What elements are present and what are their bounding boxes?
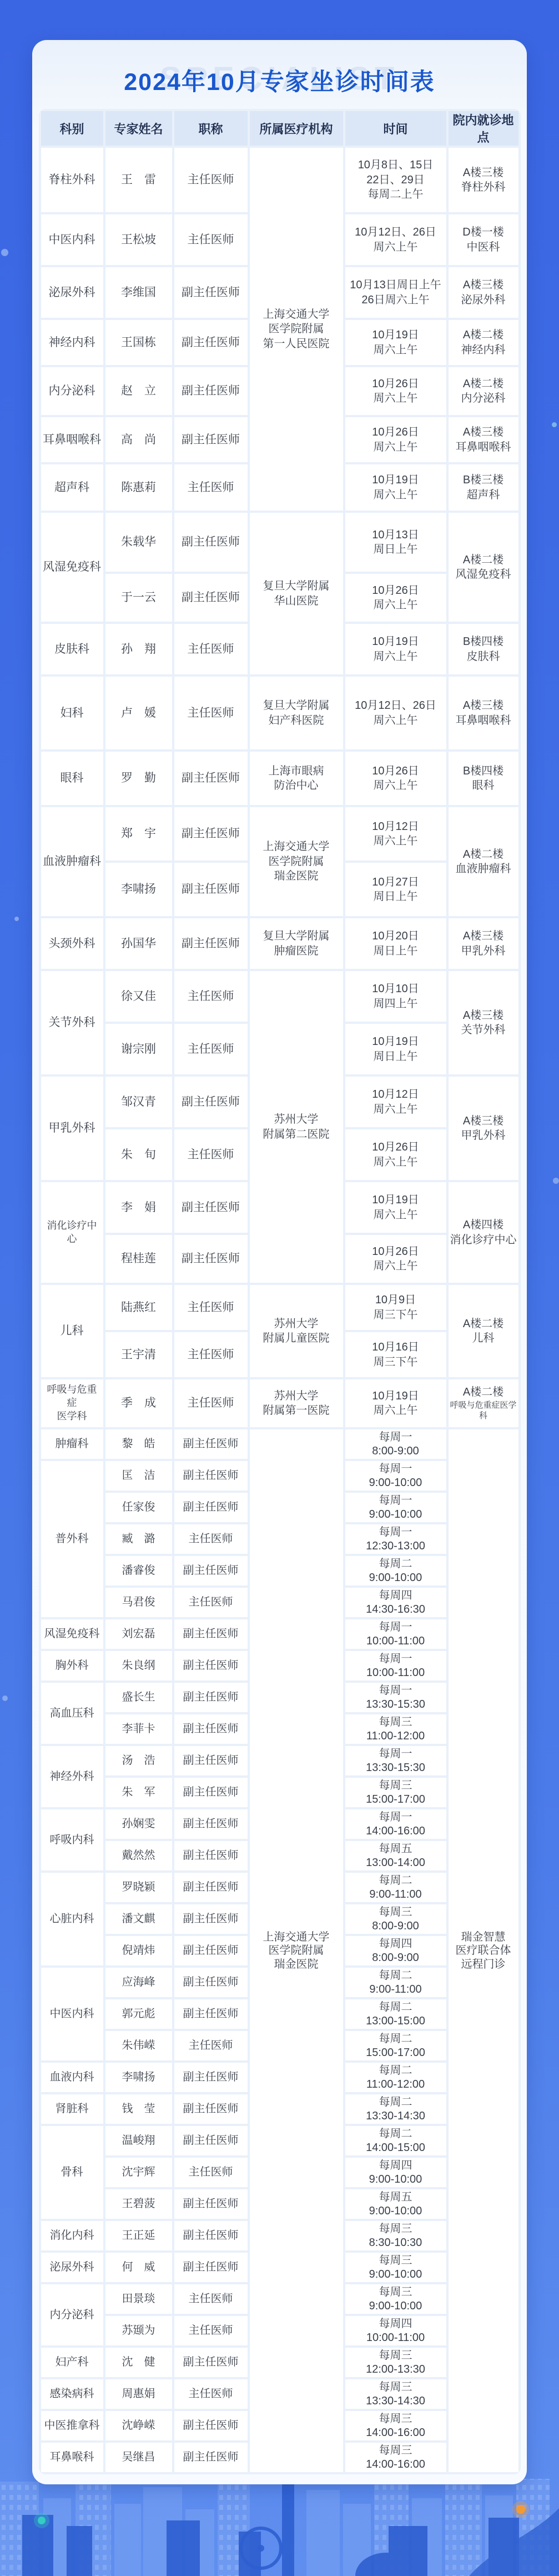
cell-time: 10月20日 周日上午 (345, 918, 446, 969)
cell-dept: 妇产科 (41, 2348, 103, 2377)
cell-dept: 甲乳外科 (41, 1077, 103, 1180)
cell-name: 黎 皓 (105, 1429, 172, 1459)
cell-title: 副主任医师 (174, 1936, 248, 1965)
cell-time: 10月16日 周三下午 (345, 1332, 446, 1377)
cell-time: 10月19日 周六上午 (345, 464, 446, 511)
cell-loc: A楼三楼 泌尿外科 (449, 267, 518, 318)
cell-title: 副主任医师 (174, 1714, 248, 1744)
cell-name: 刘宏磊 (105, 1619, 172, 1649)
cell-name: 李菲卡 (105, 1714, 172, 1744)
cell-name: 苏颋为 (105, 2316, 172, 2345)
cell-name: 沈宇辉 (105, 2158, 172, 2187)
cell-loc: A楼二楼 儿科 (449, 1285, 518, 1377)
cell-loc: A楼二楼 内分泌科 (449, 367, 518, 415)
cell-dept: 泌尿外科 (41, 2253, 103, 2282)
header-name: 专家姓名 (105, 111, 172, 146)
cell-loc: B楼四楼 眼科 (449, 752, 518, 805)
cell-inst: 苏州大学 附属儿童医院 (250, 1285, 343, 1377)
cell-time: 10月12日 周六上午 (345, 807, 446, 861)
cell-name: 王宇清 (105, 1332, 172, 1377)
cell-name: 马君俊 (105, 1588, 172, 1617)
cell-title: 副主任医师 (174, 1999, 248, 2029)
cell-dept: 肿瘤科 (41, 1429, 103, 1459)
cell-time: 每周三 9:00-10:00 (345, 2284, 446, 2314)
cell-title: 主任医师 (174, 464, 248, 511)
cell-name: 邹汉青 (105, 1077, 172, 1127)
cell-time: 每周一 14:00-16:00 (345, 1809, 446, 1839)
cell-line: A楼二楼 (450, 1385, 517, 1399)
cell-title: 副主任医师 (174, 513, 248, 572)
cell-name: 朱 军 (105, 1778, 172, 1807)
cell-time: 每周三 8:00-9:00 (345, 1904, 446, 1934)
cell-dept: 中医内科 (41, 1968, 103, 2060)
cell-time: 10月13日 周日上午 (345, 513, 446, 572)
cell-title: 副主任医师 (174, 2348, 248, 2377)
cell-name: 卢 媛 (105, 677, 172, 749)
cell-inst: 复旦大学附属 妇产科医院 (250, 677, 343, 749)
cell-title: 副主任医师 (174, 1493, 248, 1522)
cell-title: 副主任医师 (174, 2411, 248, 2440)
cell-name: 李啸扬 (105, 863, 172, 916)
cell-name: 陆燕红 (105, 1285, 172, 1330)
cell-time: 每周二 13:00-15:00 (345, 1999, 446, 2029)
cell-dept: 超声科 (41, 464, 103, 511)
cell-name: 罗 勤 (105, 752, 172, 805)
cell-time: 每周二 9:00-11:00 (345, 1873, 446, 1902)
cell-time: 每周一 13:30-15:30 (345, 1746, 446, 1775)
bg-dot (552, 422, 557, 427)
cell-name: 季 成 (105, 1379, 172, 1427)
cell-name: 陈惠莉 (105, 464, 172, 511)
cell-time: 每周三 11:00-12:00 (345, 1714, 446, 1744)
cell-name: 高 尚 (105, 417, 172, 462)
cell-time: 每周三 14:00-16:00 (345, 2443, 446, 2472)
cell-loc: A楼二楼 神经内科 (449, 320, 518, 365)
cell-title: 副主任医师 (174, 574, 248, 622)
cell-time: 每周一 9:00-10:00 (345, 1461, 446, 1490)
cell-title: 主任医师 (174, 2284, 248, 2314)
cell-title: 副主任医师 (174, 1904, 248, 1934)
cell-dept: 脊柱外科 (41, 148, 103, 212)
cell-name: 朱载华 (105, 513, 172, 572)
cell-name: 孙 翔 (105, 624, 172, 674)
cell-title: 副主任医师 (174, 267, 248, 318)
cell-loc: A楼三楼 耳鼻咽喉科 (449, 417, 518, 462)
cell-loc: A楼三楼 甲乳外科 (449, 918, 518, 969)
table-row: 头颈外科孙国华副主任医师复旦大学附属 肿瘤医院10月20日 周日上午A楼三楼 甲… (41, 918, 518, 969)
cell-time: 10月12日、26日 周六上午 (345, 214, 446, 265)
cell-inst: 复旦大学附属 华山医院 (250, 513, 343, 674)
cell-time: 每周一 8:00-9:00 (345, 1429, 446, 1459)
cell-inst: 上海交通大学 医学院附属 瑞金医院 (250, 1429, 343, 2472)
cell-title: 副主任医师 (174, 2126, 248, 2155)
cell-dept: 胸外科 (41, 1651, 103, 1680)
table-row: 肿瘤科黎 皓副主任医师上海交通大学 医学院附属 瑞金医院每周一 8:00-9:0… (41, 1429, 518, 1459)
schedule-card: SPECIALIST 2024年10月专家坐诊时间表 科别 专家姓名 职称 所属… (32, 40, 527, 2484)
cell-dept: 神经外科 (41, 1746, 103, 1807)
cell-time: 每周三 12:00-13:30 (345, 2348, 446, 2377)
cell-name: 赵 立 (105, 367, 172, 415)
cell-time: 10月19日 周六上午 (345, 1379, 446, 1427)
cell-inst: 上海交通大学 医学院附属 第一人民医院 (250, 148, 343, 511)
cell-time: 每周二 15:00-17:00 (345, 2031, 446, 2060)
cell-dept: 消化内科 (41, 2221, 103, 2250)
cell-dept: 风湿免疫科 (41, 513, 103, 622)
cell-time: 10月19日 周六上午 (345, 624, 446, 674)
table-row: 血液肿瘤科郑 宇副主任医师上海交通大学 医学院附属 瑞金医院10月12日 周六上… (41, 807, 518, 861)
cell-name: 王 雷 (105, 148, 172, 212)
cell-name: 盛长生 (105, 1683, 172, 1712)
cell-title: 主任医师 (174, 2158, 248, 2187)
cell-title: 副主任医师 (174, 2443, 248, 2472)
header-time: 时间 (345, 111, 446, 146)
cell-time: 每周四 14:30-16:30 (345, 1588, 446, 1617)
cell-dept: 消化诊疗中心 (41, 1182, 103, 1283)
cell-time: 每周五 9:00-10:00 (345, 2189, 446, 2219)
cell-title: 副主任医师 (174, 2221, 248, 2250)
cell-name: 王国栋 (105, 320, 172, 365)
table-row: 眼科罗 勤副主任医师上海市眼病 防治中心10月26日 周六上午B楼四楼 眼科 (41, 752, 518, 805)
cell-time: 每周三 13:30-14:30 (345, 2379, 446, 2409)
cell-time: 每周一 10:00-11:00 (345, 1651, 446, 1680)
cell-time: 每周四 9:00-10:00 (345, 2158, 446, 2187)
cell-name: 匡 洁 (105, 1461, 172, 1490)
cell-name: 何 威 (105, 2253, 172, 2282)
cell-name: 沈峥嵘 (105, 2411, 172, 2440)
cell-inst: 苏州大学 附属第二医院 (250, 971, 343, 1283)
cell-dept: 血液肿瘤科 (41, 807, 103, 916)
cell-name: 田景琰 (105, 2284, 172, 2314)
cell-name: 朱伟嵘 (105, 2031, 172, 2060)
cell-title: 主任医师 (174, 1024, 248, 1074)
cell-dept: 耳鼻喉科 (41, 2443, 103, 2472)
bg-dot (1, 249, 8, 256)
cell-time: 每周四 10:00-11:00 (345, 2316, 446, 2345)
cell-time: 每周五 13:00-14:00 (345, 1841, 446, 1870)
cell-time: 每周二 9:00-11:00 (345, 1968, 446, 1997)
cell-dept: 内分泌科 (41, 2284, 103, 2345)
cell-time: 每周三 9:00-10:00 (345, 2253, 446, 2282)
cell-title: 副主任医师 (174, 918, 248, 969)
cell-name: 程桂莲 (105, 1235, 172, 1283)
cell-title: 主任医师 (174, 1588, 248, 1617)
cell-dept: 普外科 (41, 1461, 103, 1617)
cell-name: 朱 旬 (105, 1129, 172, 1180)
cell-line: 呼吸与危重症医学科 (450, 1400, 517, 1422)
bg-dot (14, 917, 19, 921)
cell-name: 周惠娟 (105, 2379, 172, 2409)
cell-time: 10月26日 周六上午 (345, 752, 446, 805)
cell-loc: A楼二楼呼吸与危重症医学科 (449, 1379, 518, 1427)
cell-loc: B楼四楼 皮肤科 (449, 624, 518, 674)
cell-title: 副主任医师 (174, 1556, 248, 1585)
cell-dept: 中医推拿科 (41, 2411, 103, 2440)
cell-dept: 高血压科 (41, 1683, 103, 1744)
title-zone: SPECIALIST 2024年10月专家坐诊时间表 (32, 40, 527, 109)
cell-title: 副主任医师 (174, 2063, 248, 2092)
cell-name: 吴继昌 (105, 2443, 172, 2472)
cell-title: 副主任医师 (174, 1235, 248, 1283)
cell-title: 主任医师 (174, 624, 248, 674)
cell-name: 郑 宇 (105, 807, 172, 861)
cell-title: 副主任医师 (174, 367, 248, 415)
cell-name: 潘睿俊 (105, 1556, 172, 1585)
cell-time: 每周一 12:30-13:00 (345, 1524, 446, 1554)
cell-time: 每周二 11:00-12:00 (345, 2063, 446, 2092)
cell-dept: 肾脏科 (41, 2094, 103, 2124)
cell-title: 副主任医师 (174, 863, 248, 916)
cell-title: 副主任医师 (174, 1683, 248, 1712)
cell-title: 副主任医师 (174, 2253, 248, 2282)
cell-inst: 上海市眼病 防治中心 (250, 752, 343, 805)
cell-time: 10月8日、15日 22日、29日 每周二上午 (345, 148, 446, 212)
cell-time: 每周二 9:00-10:00 (345, 1556, 446, 1585)
header-dept: 科别 (41, 111, 103, 146)
schedule-table-body: 脊柱外科王 雷主任医师上海交通大学 医学院附属 第一人民医院10月8日、15日 … (41, 148, 518, 2472)
cell-time: 10月19日 周六上午 (345, 1182, 446, 1233)
cell-dept: 泌尿外科 (41, 267, 103, 318)
cell-dept: 妇科 (41, 677, 103, 749)
cell-title: 主任医师 (174, 148, 248, 212)
cell-title: 副主任医师 (174, 1429, 248, 1459)
schedule-table: 科别 专家姓名 职称 所属医疗机构 时间 院内就诊地点 脊柱外科王 雷主任医师上… (39, 109, 521, 2474)
cell-dept: 儿科 (41, 1285, 103, 1377)
cell-name: 孙娴雯 (105, 1809, 172, 1839)
cell-inst: 复旦大学附属 肿瘤医院 (250, 918, 343, 969)
cell-loc: A楼三楼 耳鼻咽喉科 (449, 677, 518, 749)
cell-name: 王碧菠 (105, 2189, 172, 2219)
cell-loc: A楼三楼 甲乳外科 (449, 1077, 518, 1180)
cell-time: 10月26日 周六上午 (345, 574, 446, 622)
table-row: 关节外科徐又佳主任医师苏州大学 附属第二医院10月10日 周四上午A楼三楼 关节… (41, 971, 518, 1022)
cell-time: 10月13日周日上午 26日周六上午 (345, 267, 446, 318)
cell-dept: 头颈外科 (41, 918, 103, 969)
cell-time: 每周二 13:30-14:30 (345, 2094, 446, 2124)
cell-title: 副主任医师 (174, 1841, 248, 1870)
cell-time: 10月19日 周六上午 (345, 320, 446, 365)
table-row: 风湿免疫科朱载华副主任医师复旦大学附属 华山医院10月13日 周日上午A楼二楼 … (41, 513, 518, 572)
cell-name: 李 娟 (105, 1182, 172, 1233)
cell-title: 主任医师 (174, 1524, 248, 1554)
cell-name: 钱 莹 (105, 2094, 172, 2124)
cell-loc: 瑞金智慧 医疗联合体 远程门诊 (449, 1429, 518, 2472)
cell-time: 10月10日 周四上午 (345, 971, 446, 1022)
bg-dot (553, 1178, 559, 1184)
cell-inst: 苏州大学 附属第一医院 (250, 1379, 343, 1427)
cell-name: 沈 健 (105, 2348, 172, 2377)
cell-dept: 关节外科 (41, 971, 103, 1074)
table-row: 脊柱外科王 雷主任医师上海交通大学 医学院附属 第一人民医院10月8日、15日 … (41, 148, 518, 212)
cell-loc: A楼三楼 脊柱外科 (449, 148, 518, 212)
cell-time: 每周三 8:30-10:30 (345, 2221, 446, 2250)
bg-dot (2, 1695, 8, 1701)
cell-title: 主任医师 (174, 1129, 248, 1180)
header-institution: 所属医疗机构 (250, 111, 343, 146)
cell-name: 王正延 (105, 2221, 172, 2250)
cell-name: 温峻翔 (105, 2126, 172, 2155)
cell-name: 倪靖炜 (105, 1936, 172, 1965)
cell-time: 每周二 14:00-15:00 (345, 2126, 446, 2155)
cell-name: 应海峰 (105, 1968, 172, 1997)
cell-name: 谢宗刚 (105, 1024, 172, 1074)
cell-title: 副主任医师 (174, 2094, 248, 2124)
cell-name: 戴然然 (105, 1841, 172, 1870)
table-row: 呼吸与危重症 医学科季 成主任医师苏州大学 附属第一医院10月19日 周六上午A… (41, 1379, 518, 1427)
cell-name: 臧 潞 (105, 1524, 172, 1554)
cell-title: 副主任医师 (174, 417, 248, 462)
cell-title: 主任医师 (174, 1285, 248, 1330)
cell-time: 10月12日 周六上午 (345, 1077, 446, 1127)
cell-title: 主任医师 (174, 214, 248, 265)
cell-time: 每周三 14:00-16:00 (345, 2411, 446, 2440)
table-row: 妇科卢 媛主任医师复旦大学附属 妇产科医院10月12日、26日 周六上午A楼三楼… (41, 677, 518, 749)
cell-loc: D楼一楼 中医科 (449, 214, 518, 265)
cell-dept: 中医内科 (41, 214, 103, 265)
cell-name: 孙国华 (105, 918, 172, 969)
cell-time: 10月27日 周日上午 (345, 863, 446, 916)
cell-name: 王松坡 (105, 214, 172, 265)
cell-dept: 内分泌科 (41, 367, 103, 415)
header-location: 院内就诊地点 (449, 111, 518, 146)
cell-title: 副主任医师 (174, 1182, 248, 1233)
cell-title: 主任医师 (174, 971, 248, 1022)
cell-time: 每周一 9:00-10:00 (345, 1493, 446, 1522)
cell-time: 10月26日 周六上午 (345, 367, 446, 415)
cell-name: 李啸扬 (105, 2063, 172, 2092)
cell-time: 每周一 13:30-15:30 (345, 1683, 446, 1712)
cell-time: 10月9日 周三下午 (345, 1285, 446, 1330)
cell-name: 李维国 (105, 267, 172, 318)
cell-name: 汤 浩 (105, 1746, 172, 1775)
cell-title: 副主任医师 (174, 1968, 248, 1997)
table-row: 儿科陆燕红主任医师苏州大学 附属儿童医院10月9日 周三下午A楼二楼 儿科 (41, 1285, 518, 1330)
page-title: 2024年10月专家坐诊时间表 (32, 40, 527, 97)
cell-time: 10月26日 周六上午 (345, 1235, 446, 1283)
cell-title: 主任医师 (174, 2316, 248, 2345)
cell-inst: 上海交通大学 医学院附属 瑞金医院 (250, 807, 343, 916)
cell-title: 主任医师 (174, 1379, 248, 1427)
cell-title: 副主任医师 (174, 807, 248, 861)
cell-loc: B楼三楼 超声科 (449, 464, 518, 511)
cell-time: 10月26日 周六上午 (345, 417, 446, 462)
cell-dept: 神经内科 (41, 320, 103, 365)
cell-name: 潘文麒 (105, 1904, 172, 1934)
cell-name: 郭元彪 (105, 1999, 172, 2029)
header-title: 职称 (174, 111, 248, 146)
cell-dept: 耳鼻咽喉科 (41, 417, 103, 462)
cell-title: 主任医师 (174, 1332, 248, 1377)
cell-loc: A楼二楼 风湿免疫科 (449, 513, 518, 622)
cell-name: 任家俊 (105, 1493, 172, 1522)
cell-dept: 心脏内科 (41, 1873, 103, 1965)
cell-title: 副主任医师 (174, 1077, 248, 1127)
cell-loc: A楼三楼 关节外科 (449, 971, 518, 1074)
cell-title: 主任医师 (174, 2031, 248, 2060)
cell-time: 每周一 10:00-11:00 (345, 1619, 446, 1649)
cell-dept: 呼吸内科 (41, 1809, 103, 1870)
cell-time: 10月19日 周日上午 (345, 1024, 446, 1074)
cell-title: 主任医师 (174, 2379, 248, 2409)
cell-name: 罗晓颖 (105, 1873, 172, 1902)
cell-dept: 呼吸与危重症 医学科 (41, 1379, 103, 1427)
cell-time: 每周四 8:00-9:00 (345, 1936, 446, 1965)
cell-time: 10月26日 周六上午 (345, 1129, 446, 1180)
cell-title: 副主任医师 (174, 1873, 248, 1902)
cell-title: 副主任医师 (174, 2189, 248, 2219)
cell-dept: 皮肤科 (41, 624, 103, 674)
cell-title: 副主任医师 (174, 1619, 248, 1649)
cell-title: 主任医师 (174, 677, 248, 749)
cell-title: 副主任医师 (174, 1809, 248, 1839)
cell-dept: 骨科 (41, 2126, 103, 2219)
cell-name: 徐又佳 (105, 971, 172, 1022)
cell-title: 副主任医师 (174, 320, 248, 365)
table-header-row: 科别 专家姓名 职称 所属医疗机构 时间 院内就诊地点 (41, 111, 518, 146)
cell-loc: A楼四楼 消化诊疗中心 (449, 1182, 518, 1283)
cell-title: 副主任医师 (174, 1651, 248, 1680)
cell-time: 每周三 15:00-17:00 (345, 1778, 446, 1807)
cell-title: 副主任医师 (174, 1746, 248, 1775)
cell-title: 副主任医师 (174, 1461, 248, 1490)
cell-time: 10月12日、26日 周六上午 (345, 677, 446, 749)
page: SPECIALIST 2024年10月专家坐诊时间表 科别 专家姓名 职称 所属… (0, 0, 559, 2576)
cell-dept: 眼科 (41, 752, 103, 805)
cell-name: 朱良纲 (105, 1651, 172, 1680)
cell-dept: 风湿免疫科 (41, 1619, 103, 1649)
cell-title: 副主任医师 (174, 752, 248, 805)
cell-dept: 血液内科 (41, 2063, 103, 2092)
cell-title: 副主任医师 (174, 1778, 248, 1807)
cell-name: 于一云 (105, 574, 172, 622)
cell-dept: 感染病科 (41, 2379, 103, 2409)
cell-loc: A楼二楼 血液肿瘤科 (449, 807, 518, 916)
